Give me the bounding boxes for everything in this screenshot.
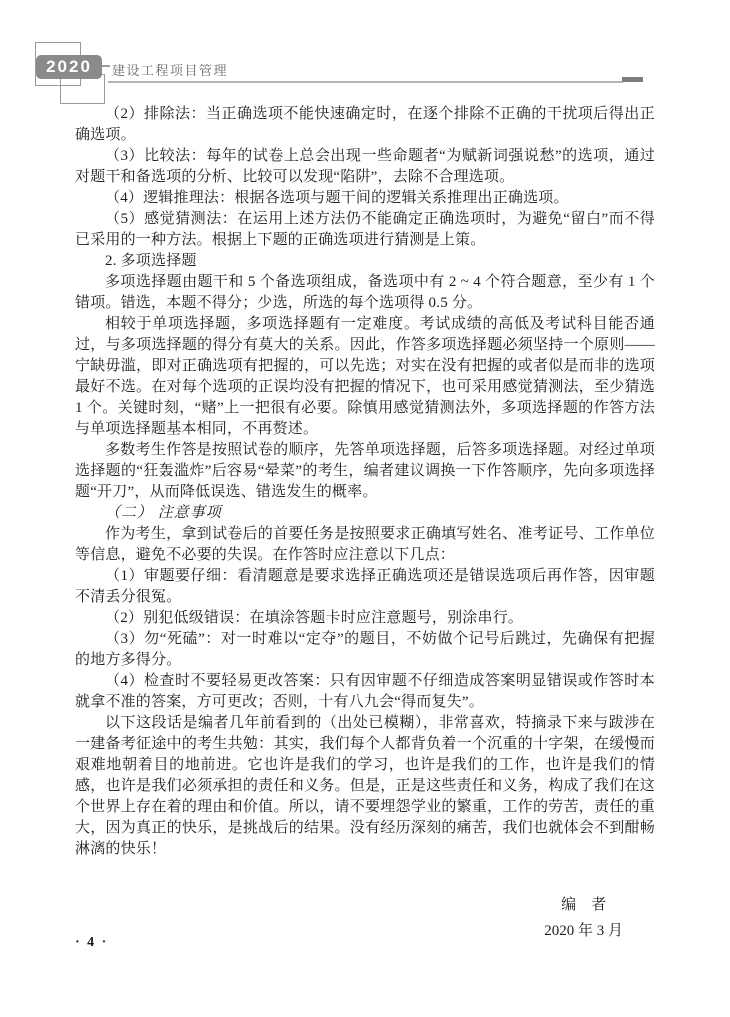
paragraph: 作为考生，拿到试卷后的首要任务是按照要求正确填写姓名、准考证号、工作单位等信息，… (75, 524, 655, 566)
header-dash (622, 77, 643, 82)
header-rule (108, 81, 623, 83)
paragraph: （4）检查时不要轻易更改答案：只有因审题不仔细造成答案明显错误或作答时本就拿不准… (75, 671, 655, 713)
page-number: · 4 · (75, 935, 108, 951)
paragraph: （3）勿“死磕”：对一时难以“定夺”的题目，不妨做个记号后跳过，先确保有把握的地… (75, 629, 655, 671)
book-title: 建设工程项目管理 (112, 60, 228, 79)
paragraph: （2）排除法：当正确选项不能快速确定时，在逐个排除不正确的干扰项后得出正确选项。 (75, 104, 655, 146)
paragraph: （2）别犯低级错误：在填涂答题卡时应注意题号，别涂串行。 (75, 608, 655, 629)
paragraph: 多数考生作答是按照试卷的顺序，先答单项选择题，后答多项选择题。对经过单项选择题的… (75, 440, 655, 503)
page-body: （2）排除法：当正确选项不能快速确定时，在逐个排除不正确的干扰项后得出正确选项。… (75, 104, 655, 944)
logo-connector-line (101, 65, 110, 67)
signature-author: 编 者 (544, 892, 623, 918)
numbered-heading: 2. 多项选择题 (75, 251, 655, 272)
book-page: 2020 建设工程项目管理 （2）排除法：当正确选项不能快速确定时，在逐个排除不… (0, 0, 730, 1017)
signature-block: 编 者 2020 年 3 月 (544, 892, 623, 944)
paragraph: （3）比较法：每年的试卷上总会出现一些命题者“为赋新词强说愁”的选项，通过对题干… (75, 146, 655, 188)
section-heading: （二） 注意事项 (75, 503, 655, 524)
paragraph: （4）逻辑推理法：根据各选项与题干间的逻辑关系推理出正确选项。 (75, 188, 655, 209)
year-badge: 2020 (36, 55, 102, 79)
signature-date: 2020 年 3 月 (544, 918, 623, 944)
paragraph: 相较于单项选择题，多项选择题有一定难度。考试成绩的高低及考试科目能否通过，与多项… (75, 314, 655, 440)
paragraph: 以下这段话是编者几年前看到的（出处已模糊），非常喜欢，特摘录下来与跋涉在一建备考… (75, 713, 655, 860)
paragraph: 多项选择题由题干和 5 个备选项组成，备选项中有 2 ~ 4 个符合题意，至少有… (75, 272, 655, 314)
paragraph: （1）审题要仔细：看清题意是要求选择正确选项还是错误选项后再作答，因审题不清丢分… (75, 566, 655, 608)
paragraph: （5）感觉猜测法：在运用上述方法仍不能确定正确选项时，为避免“留白”而不得已采用… (75, 209, 655, 251)
